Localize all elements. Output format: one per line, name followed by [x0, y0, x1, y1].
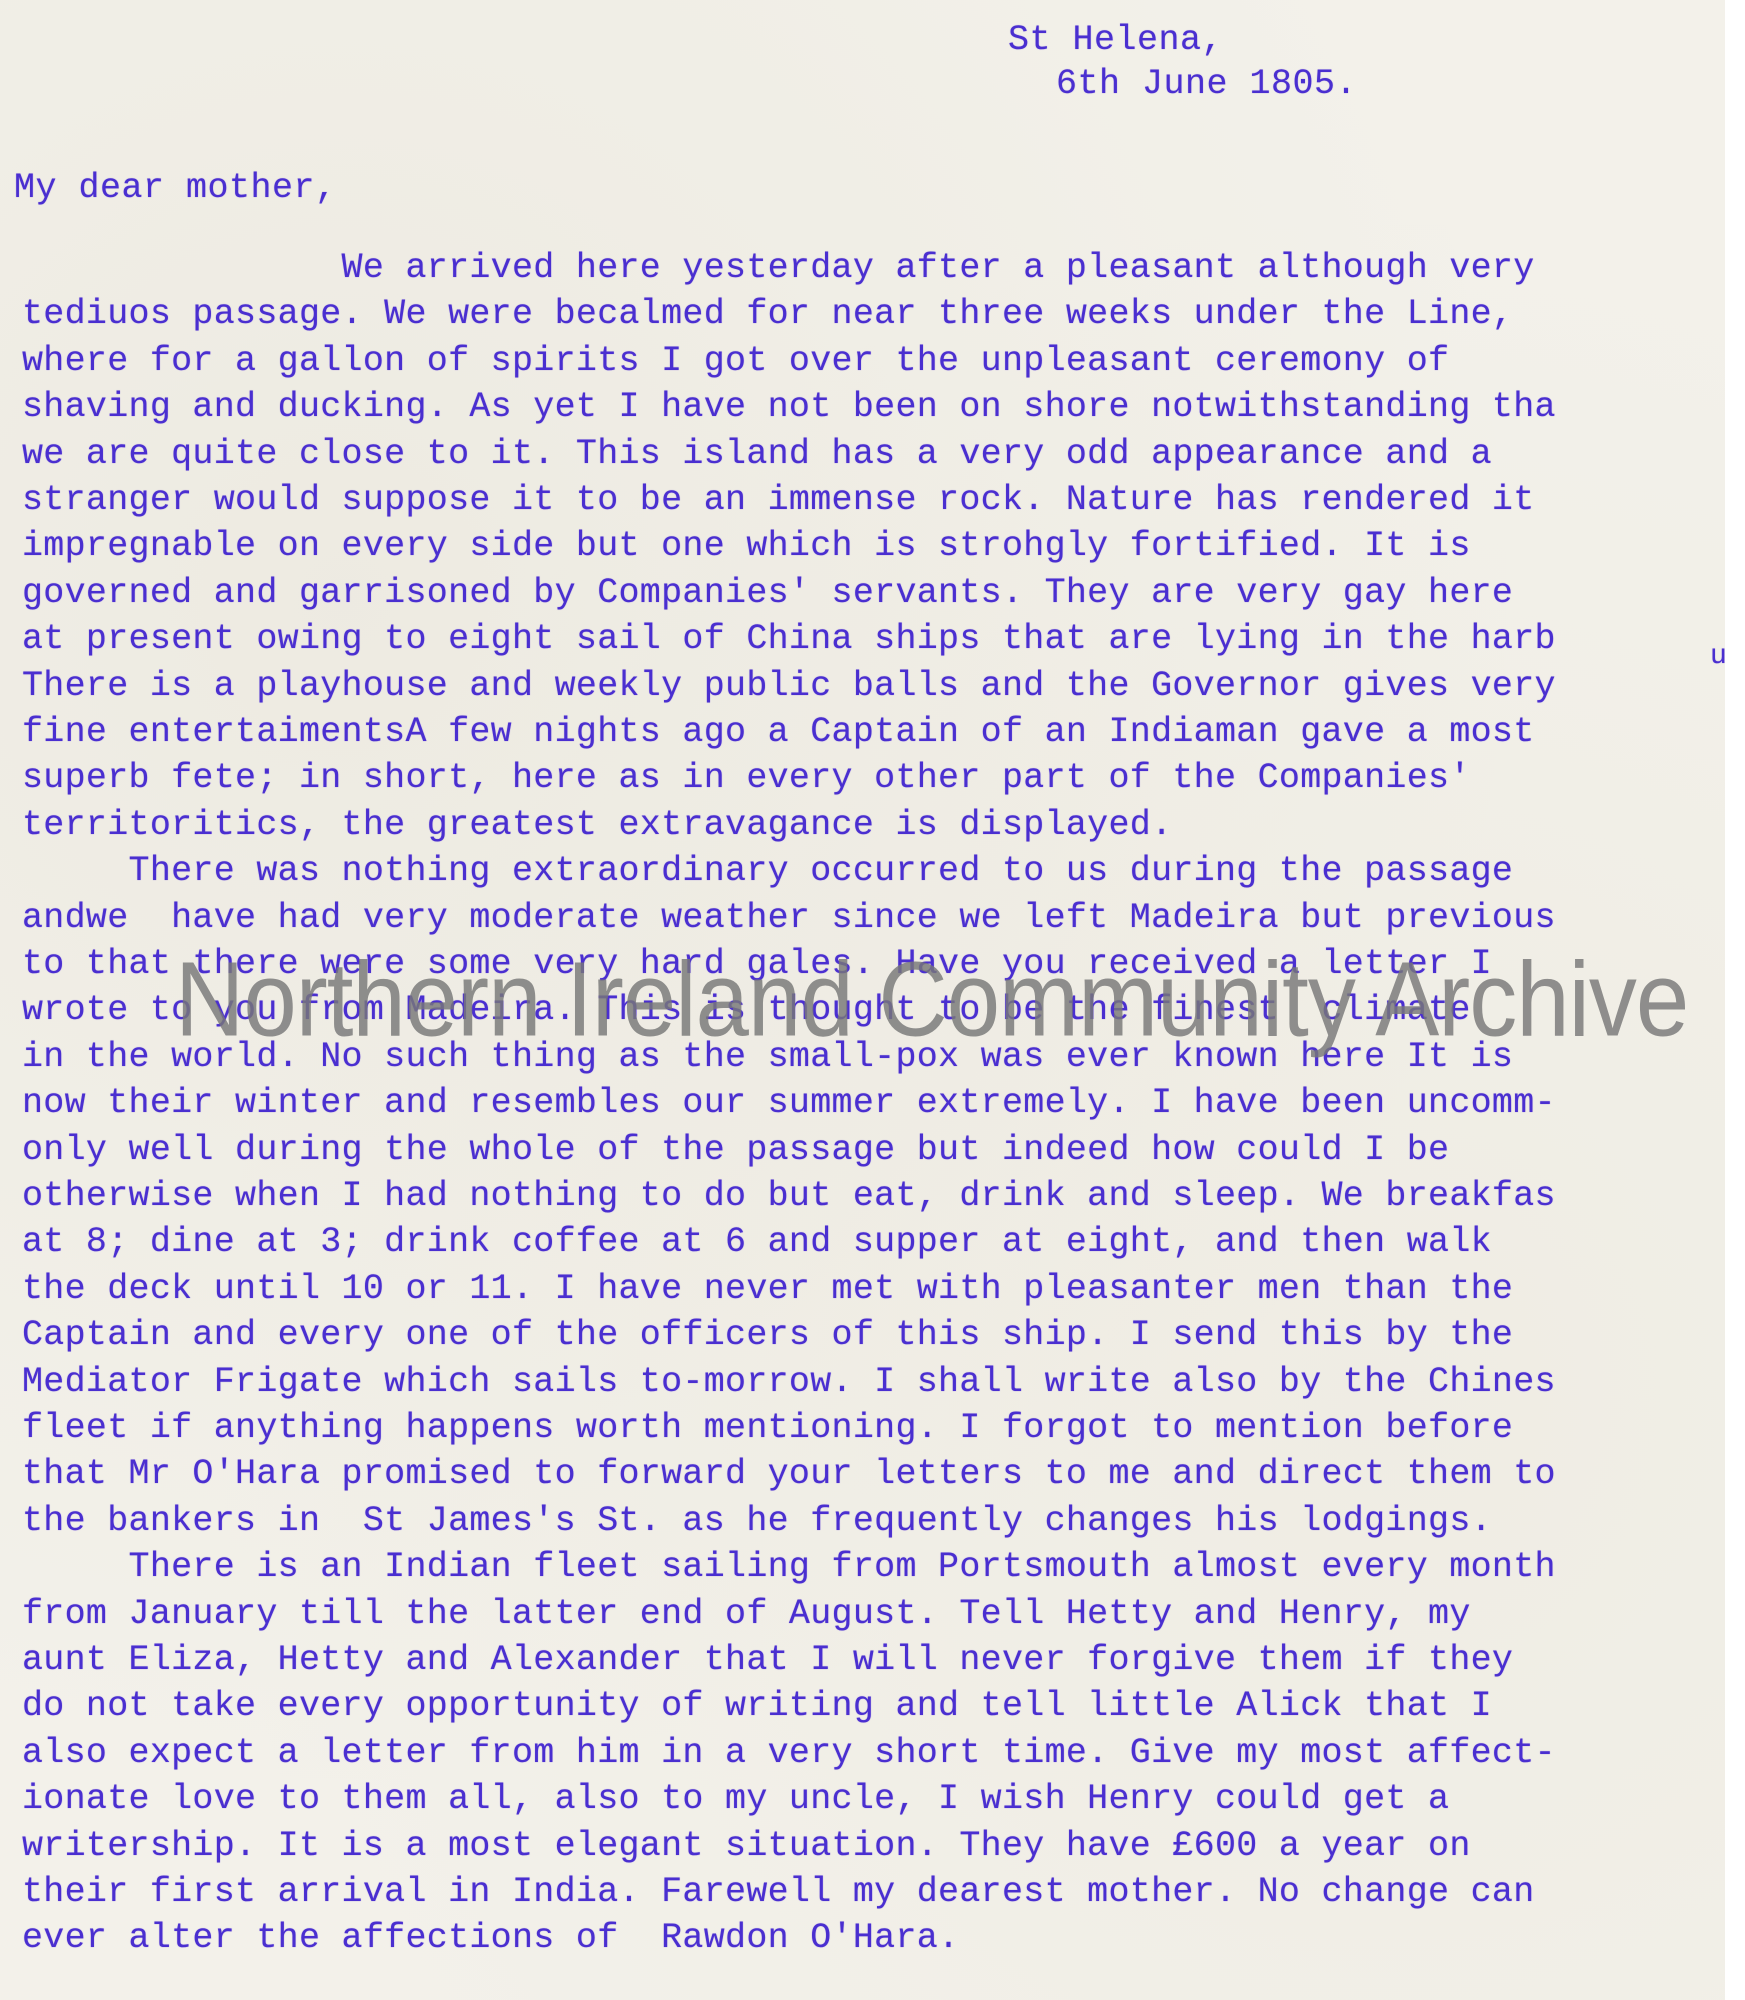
letter-line: at 8; dine at 3; drink coffee at 6 and s…: [22, 1222, 1492, 1262]
archive-watermark: Northern Ireland Community Archive: [175, 940, 1688, 1061]
letter-page: St Helena, 6th June 1805. My dear mother…: [0, 0, 1725, 2000]
letter-line: where for a gallon of spirits I got over…: [22, 341, 1449, 381]
letter-line: tediuos passage. We were becalmed for ne…: [22, 294, 1513, 334]
letter-line: do not take every opportunity of writing…: [22, 1686, 1492, 1726]
letter-line: ionate love to them all, also to my uncl…: [22, 1779, 1449, 1819]
letter-date: 6th June 1805.: [1056, 64, 1357, 104]
letter-line: impregnable on every side but one which …: [22, 526, 1471, 566]
scan-edge: [1725, 0, 1745, 2000]
letter-line: at present owing to eight sail of China …: [22, 619, 1556, 659]
letter-line: now their winter and resembles our summe…: [22, 1083, 1556, 1123]
letter-line: fleet if anything happens worth mentioni…: [22, 1408, 1513, 1448]
letter-line: writership. It is a most elegant situati…: [22, 1826, 1471, 1866]
letter-line: superb fete; in short, here as in every …: [22, 758, 1471, 798]
letter-line: aunt Eliza, Hetty and Alexander that I w…: [22, 1640, 1513, 1680]
letter-line: the bankers in St James's St. as he freq…: [22, 1501, 1492, 1541]
letter-line: their first arrival in India. Farewell m…: [22, 1872, 1535, 1912]
letter-place: St Helena,: [1008, 20, 1223, 60]
letter-line: Captain and every one of the officers of…: [22, 1315, 1513, 1355]
letter-line: only well during the whole of the passag…: [22, 1130, 1449, 1170]
letter-line: There was nothing extraordinary occurred…: [22, 851, 1513, 891]
letter-salutation: My dear mother,: [14, 168, 337, 208]
letter-line: that Mr O'Hara promised to forward your …: [22, 1454, 1556, 1494]
letter-line: the deck until 10 or 11. I have never me…: [22, 1269, 1513, 1309]
letter-line: ever alter the affections of Rawdon O'Ha…: [22, 1918, 959, 1958]
letter-line: from January till the latter end of Augu…: [22, 1594, 1471, 1634]
letter-line: shaving and ducking. As yet I have not b…: [22, 387, 1556, 427]
letter-line: stranger would suppose it to be an immen…: [22, 480, 1535, 520]
letter-line: also expect a letter from him in a very …: [22, 1733, 1556, 1773]
letter-line: There is a playhouse and weekly public b…: [22, 666, 1556, 706]
letter-line: territoritics, the greatest extravagance…: [22, 805, 1172, 845]
letter-line: fine entertaimentsA few nights ago a Cap…: [22, 712, 1535, 752]
letter-line: otherwise when I had nothing to do but e…: [22, 1176, 1556, 1216]
letter-line: we are quite close to it. This island ha…: [22, 434, 1492, 474]
letter-line: We arrived here yesterday after a pleasa…: [22, 248, 1535, 288]
letter-line: governed and garrisoned by Companies' se…: [22, 573, 1513, 613]
letter-line: Mediator Frigate which sails to-morrow. …: [22, 1362, 1556, 1402]
letter-line: andwe have had very moderate weather sin…: [22, 898, 1556, 938]
letter-line: There is an Indian fleet sailing from Po…: [22, 1547, 1556, 1587]
